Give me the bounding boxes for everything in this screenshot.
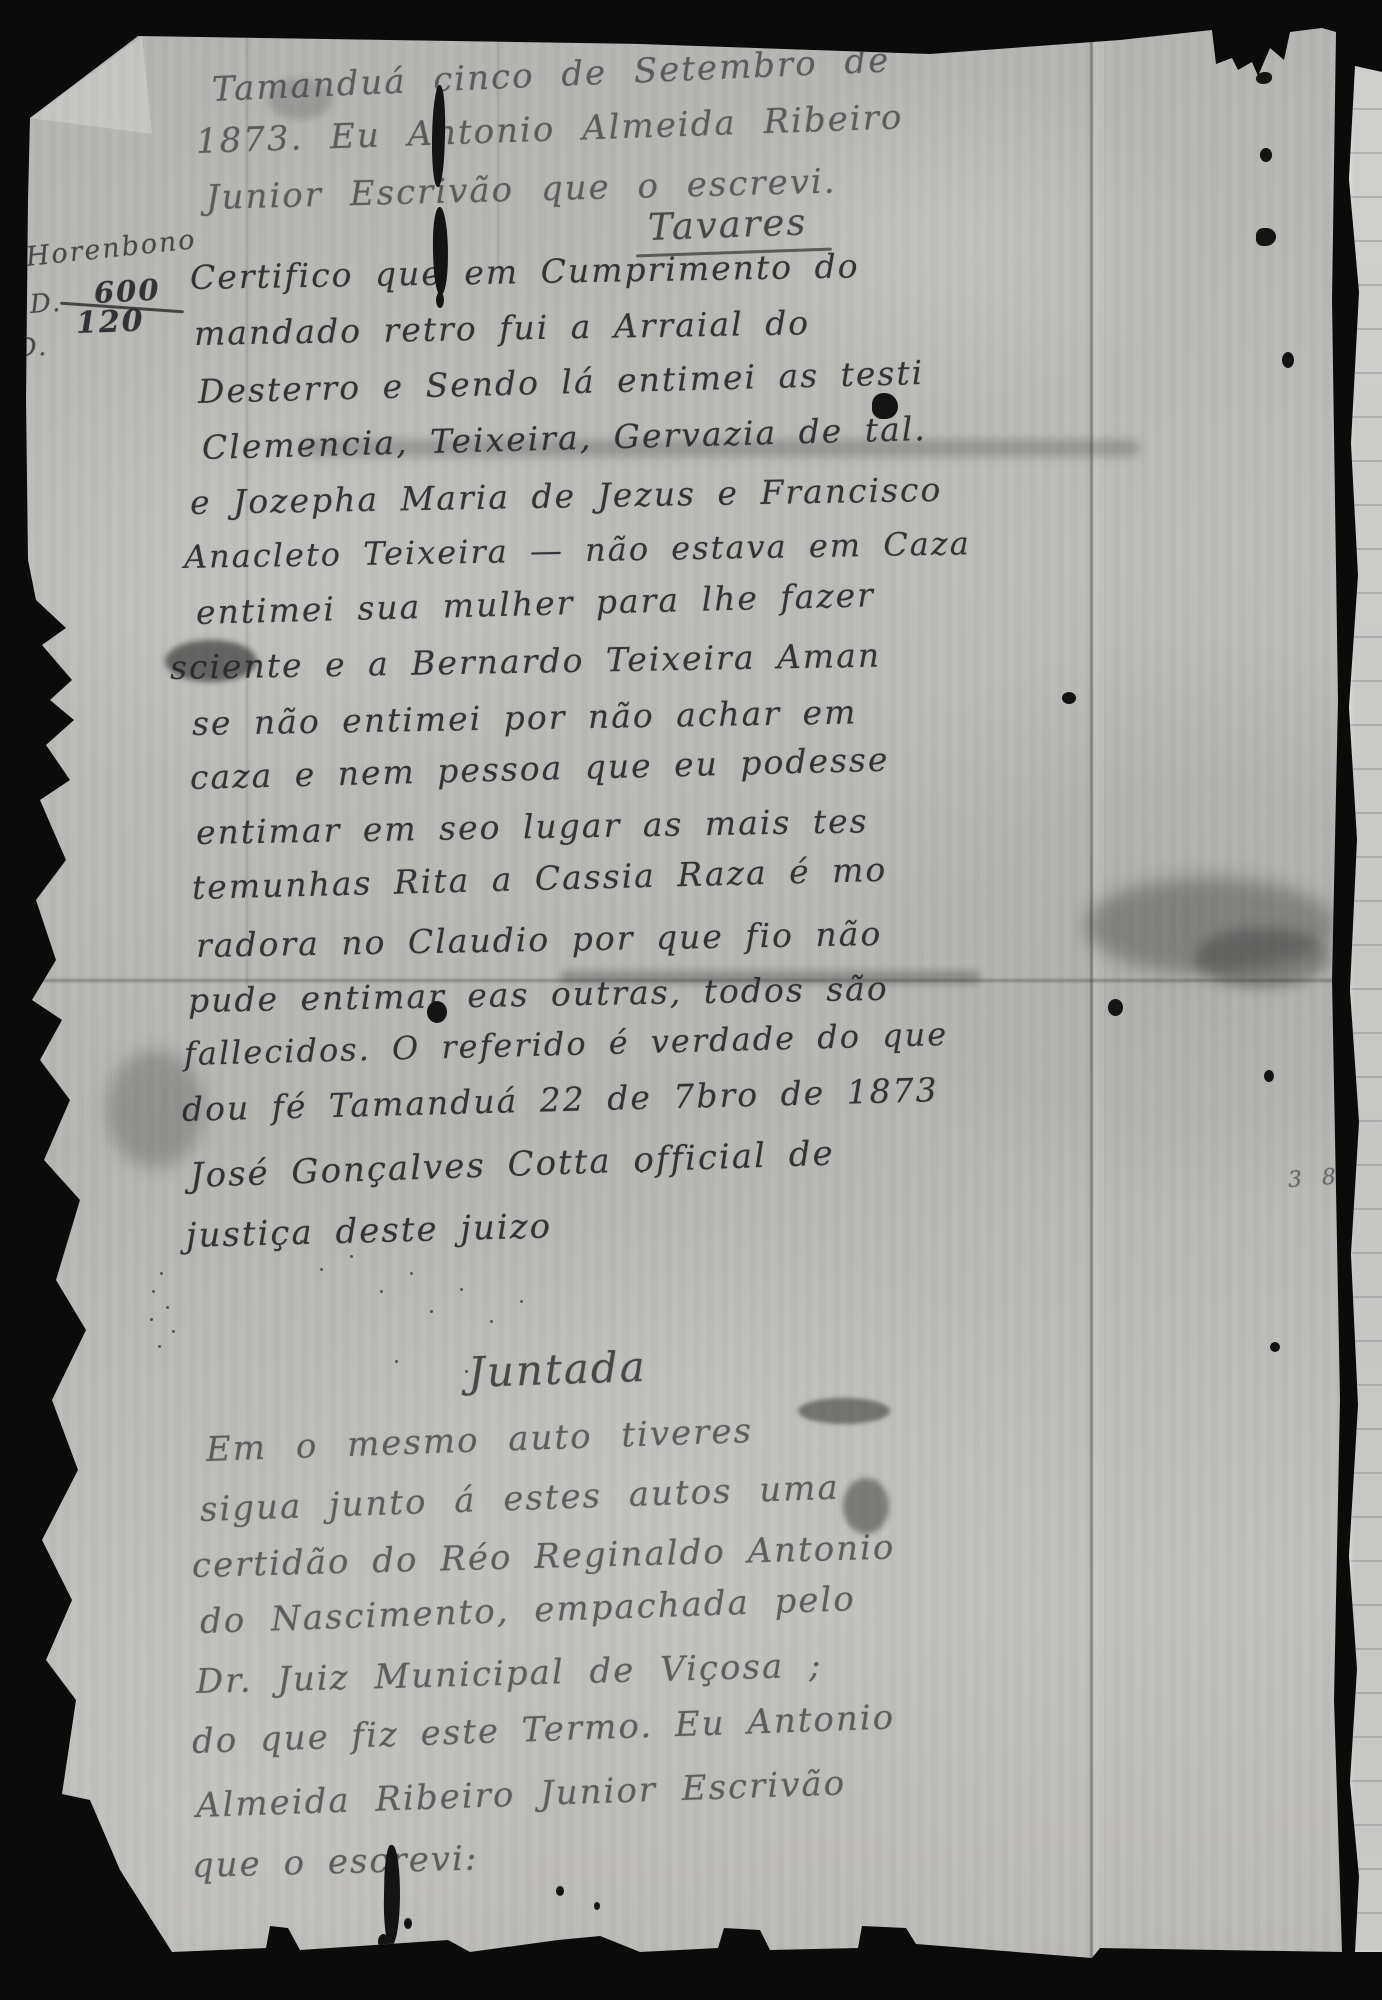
manuscript-line: Certifico que em Cumprimento do — [190, 246, 860, 297]
manuscript-line: entimei sua mulher para lhe fazer — [195, 575, 875, 632]
worm-hole — [1264, 1070, 1274, 1082]
foxing-spot — [350, 1255, 353, 1258]
ink-smudge — [798, 1398, 890, 1424]
worm-hole — [1062, 692, 1076, 704]
worm-hole — [1260, 148, 1272, 162]
ink-drip — [378, 1934, 389, 1949]
foxing-spot — [395, 1360, 398, 1363]
foxing-spot — [172, 1330, 175, 1333]
ink-dot — [1108, 999, 1123, 1016]
manuscript-line: caza e nem pessoa que eu podesse — [189, 740, 889, 797]
manuscript-line: se não entimei por não achar em — [192, 692, 858, 743]
worm-hole — [1282, 352, 1294, 368]
manuscript-line: Almeida Ribeiro Junior Escrivão — [195, 1763, 846, 1826]
signature-tavares: Tavares — [647, 200, 808, 249]
foxing-spot — [152, 1290, 155, 1293]
manuscript-line: temunhas Rita a Cassia Raza é mo — [191, 850, 887, 907]
ink-speck — [594, 1902, 600, 1910]
scanned-document: Tamanduá cinco de Setembro de 1873. Eu A… — [0, 0, 1382, 2000]
manuscript-line: dou fé Tamanduá 22 de 7bro de 1873 — [181, 1070, 939, 1129]
foxing-spot — [410, 1272, 413, 1275]
foxing-spot — [158, 1345, 161, 1348]
manuscript-line: sigua junto á estes autos uma — [199, 1468, 840, 1530]
manuscript-line: e Jozepha Maria de Jezus e Francisco — [190, 470, 943, 522]
manuscript-line: do que fiz este Termo. Eu Antonio — [191, 1697, 895, 1762]
manuscript-line: Clemencia, Teixeira, Gervazia de tal. — [201, 409, 927, 467]
margin-note: D. — [15, 332, 49, 364]
manuscript-line: José Gonçalves Cotta official de — [189, 1134, 835, 1196]
folded-corner — [0, 0, 200, 180]
manuscript-line: certidão do Réo Reginaldo Antonio — [191, 1528, 895, 1586]
foxing-spot — [380, 1290, 383, 1293]
manuscript-line: radora no Claudio por que fio não — [196, 914, 883, 965]
manuscript-line: pude entimar eas outras, todos são — [188, 969, 889, 1020]
foxing-spot — [460, 1288, 463, 1291]
manuscript-line: Dr. Juiz Municipal de Viçosa ; — [195, 1646, 822, 1702]
foxing-spot — [490, 1320, 493, 1323]
margin-note: D. — [29, 288, 63, 320]
foxing-spot — [150, 1318, 153, 1321]
adjacent-page-edge — [1347, 66, 1382, 1952]
foxing-spot — [320, 1268, 323, 1271]
manuscript-line: Em o mesmo auto tiveres — [205, 1411, 753, 1470]
foxing-spot — [520, 1300, 523, 1303]
margin-note: Horenbono — [24, 224, 198, 273]
manuscript-line: do Nascimento, empachada pelo — [199, 1579, 856, 1642]
foxing-spot — [160, 1272, 163, 1275]
pencil-note: 3 8 — [1287, 1165, 1339, 1193]
foxing-spot — [166, 1306, 169, 1309]
ink-blob — [872, 393, 898, 419]
manuscript-line: Anacleto Teixeira — não estava em Caza — [184, 524, 971, 576]
manuscript-line: fallecidos. O referido é verdade do que — [184, 1015, 949, 1073]
manuscript-line: Tamanduá cinco de Setembro de — [211, 40, 891, 110]
manuscript-page: Tamanduá cinco de Setembro de 1873. Eu A… — [0, 0, 1382, 2000]
manuscript-line: Desterro e Sendo lá entimei as testi — [197, 353, 924, 411]
section-heading-juntada: Juntada — [467, 1342, 647, 1397]
dark-stain — [1195, 928, 1330, 988]
ink-dot — [427, 1001, 447, 1023]
ink-smudge — [843, 1478, 889, 1534]
ink-speck — [556, 1886, 564, 1896]
worm-hole — [1270, 1342, 1280, 1352]
worm-hole — [1256, 72, 1272, 84]
vertical-fold-highlight — [1093, 0, 1104, 2000]
worm-hole — [1256, 228, 1276, 246]
manuscript-line: sciente e a Bernardo Teixeira Aman — [170, 636, 882, 687]
ink-drip — [404, 1918, 412, 1929]
ink-drip — [436, 292, 444, 308]
manuscript-line: entimar em seo lugar as mais tes — [196, 801, 869, 852]
manuscript-line: mandado retro fui a Arraial do — [194, 303, 811, 353]
foxing-spot — [430, 1310, 433, 1313]
manuscript-line: que o escrevi: — [191, 1839, 478, 1886]
manuscript-line: justiça deste juizo — [185, 1206, 552, 1256]
